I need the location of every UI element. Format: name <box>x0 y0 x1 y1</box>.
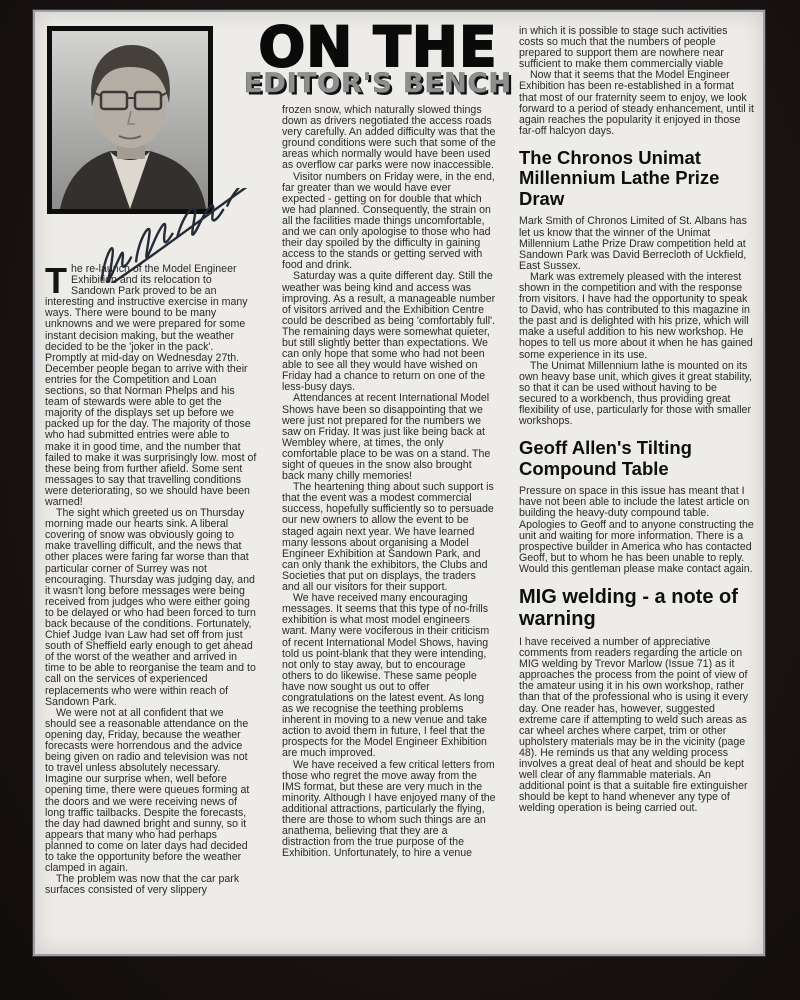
article-paragraph: Saturday was a quite different day. Stil… <box>282 271 496 393</box>
article-paragraph: Mark Smith of Chronos Limited of St. Alb… <box>519 216 754 271</box>
article-paragraph: I have received a number of appreciative… <box>519 637 754 815</box>
masthead-title-line2: EDITOR'S BENCH <box>223 69 533 99</box>
article-paragraph: Mark was extremely pleased with the inte… <box>519 272 754 361</box>
article-column-2: frozen snow, which naturally slowed thin… <box>282 105 496 859</box>
masthead: ON THE EDITOR'S BENCH <box>223 18 533 99</box>
article-paragraph: in which it is possible to stage such ac… <box>519 26 754 70</box>
article-paragraph: The problem was now that the car park su… <box>45 874 257 896</box>
paragraph-text: he re-launch of the Model Engineer Exhib… <box>45 263 256 508</box>
article-paragraph: We have received many encouraging messag… <box>282 593 496 759</box>
section-heading-tilting-compound-table: Geoff Allen's Tilting Compound Table <box>519 438 754 479</box>
drop-cap: T <box>45 264 71 296</box>
article-paragraph: The re-launch of the Model Engineer Exhi… <box>45 264 257 508</box>
article-paragraph: The Unimat Millennium lathe is mounted o… <box>519 361 754 428</box>
article-paragraph: Attendances at recent International Mode… <box>282 393 496 482</box>
article-paragraph: Visitor numbers on Friday were, in the e… <box>282 172 496 272</box>
editor-photo <box>47 26 213 214</box>
article-paragraph: The heartening thing about such support … <box>282 482 496 593</box>
article-paragraph: frozen snow, which naturally slowed thin… <box>282 105 496 172</box>
article-paragraph: Now that it seems that the Model Enginee… <box>519 70 754 137</box>
magazine-page: ON THE EDITOR'S BENCH The re-launch of t… <box>33 10 765 956</box>
article-column-1: The re-launch of the Model Engineer Exhi… <box>45 264 257 896</box>
editor-portrait-image <box>52 31 208 209</box>
section-heading-chronos-lathe-draw: The Chronos Unimat Millennium Lathe Priz… <box>519 148 754 210</box>
article-paragraph: The sight which greeted us on Thursday m… <box>45 508 257 708</box>
article-paragraph: Pressure on space in this issue has mean… <box>519 486 754 575</box>
article-column-3: in which it is possible to stage such ac… <box>519 26 754 814</box>
section-heading-mig-welding: MIG welding - a note of warning <box>519 586 754 630</box>
article-paragraph: We have received a few critical letters … <box>282 760 496 860</box>
article-paragraph: We were not at all confident that we sho… <box>45 708 257 874</box>
